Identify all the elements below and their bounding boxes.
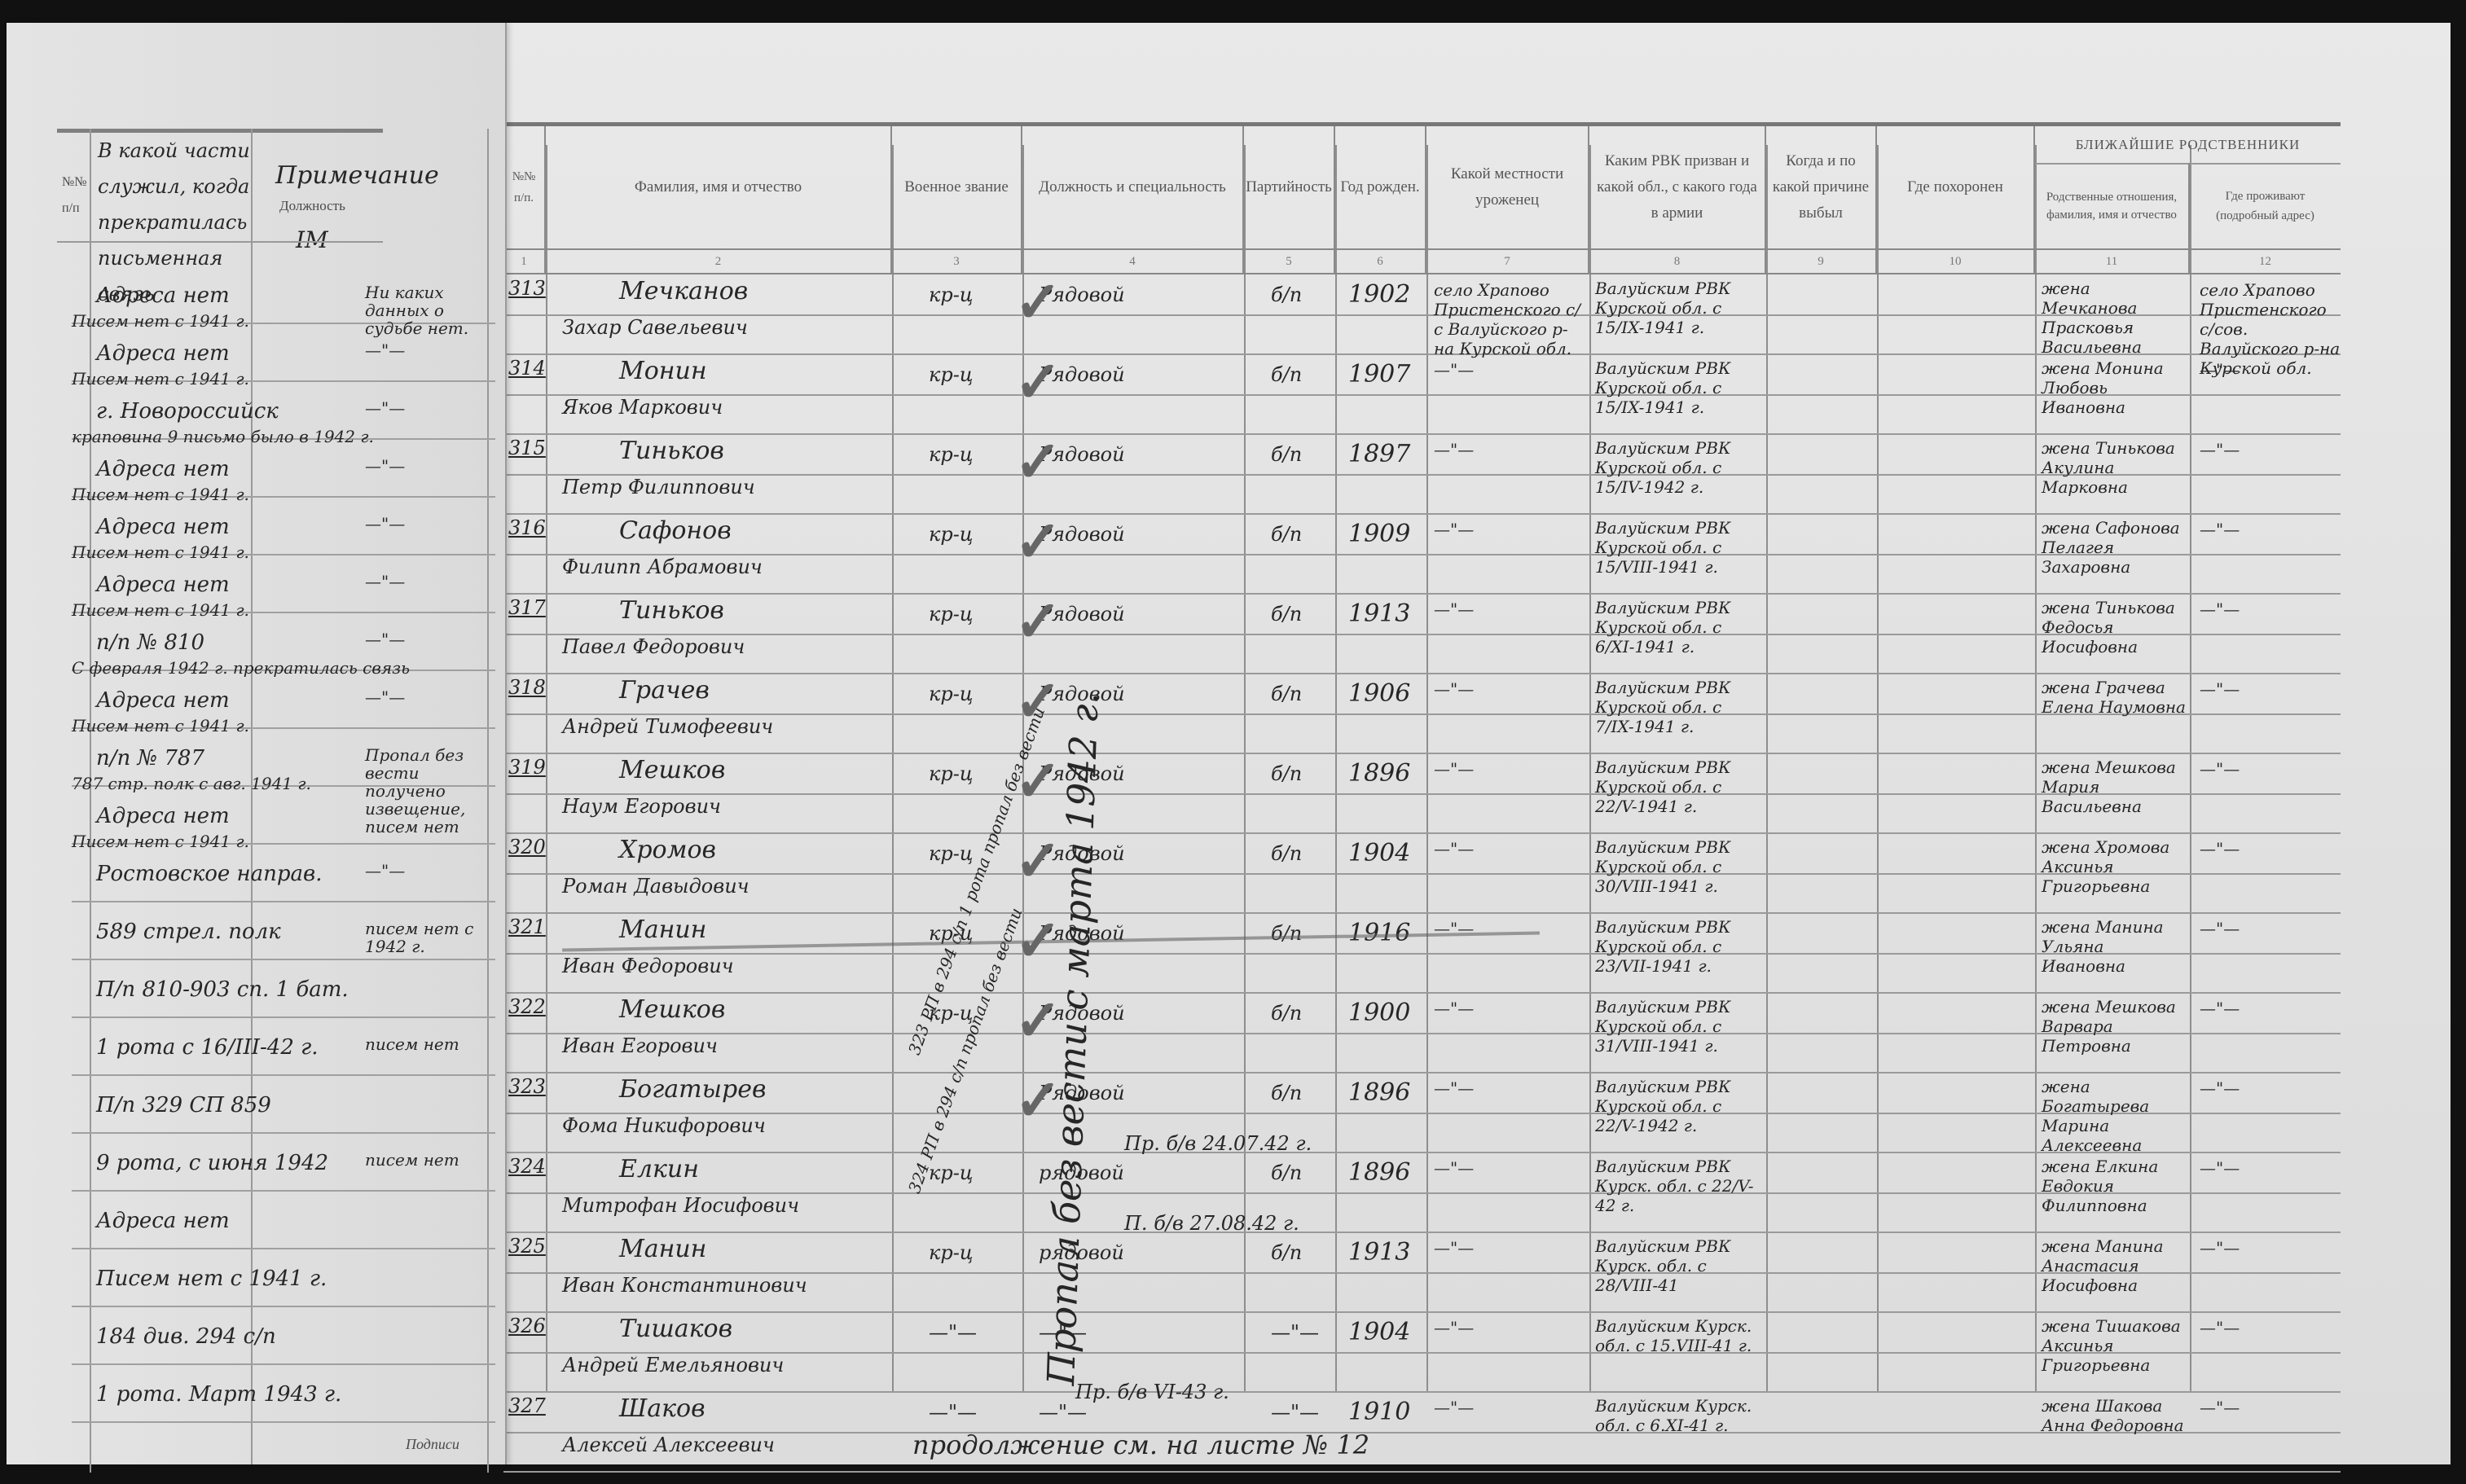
row-rvk: Валуйским РВК Курской обл. с 22/V-1941 г… bbox=[1595, 757, 1758, 816]
row-birth-year: 1900 bbox=[1348, 999, 1410, 1027]
flap-entry-main: 589 стрел. полк bbox=[96, 920, 281, 944]
flap-entry-note: писем нет с 1942 г. bbox=[365, 920, 487, 955]
row-surname: Богатырев bbox=[619, 1075, 766, 1104]
roster-table: №№ п/п. Фамилия, имя и отчество Военное … bbox=[503, 122, 2341, 274]
header-birth-year: Год рожден. bbox=[1335, 126, 1426, 248]
row-birth-year: 1909 bbox=[1348, 520, 1410, 548]
flap-entry-main: П/п 810-903 сп. 1 бат. bbox=[96, 977, 349, 1002]
header-fullname: Фамилия, имя и отчество bbox=[546, 126, 892, 248]
header-buried: Где похоронен bbox=[1877, 126, 2035, 248]
row-relative-address: —"— bbox=[2200, 999, 2342, 1018]
col-num-12: 12 bbox=[2190, 250, 2341, 273]
row-relative-address: —"— bbox=[2200, 679, 2342, 699]
row-relative: жена Шакова Анна Федоровна bbox=[2042, 1396, 2188, 1435]
flap-entry-main: Адреса нет bbox=[96, 804, 230, 828]
flap-entry-sub: С февраля 1942 г. прекратилась связь bbox=[72, 658, 410, 678]
row-party: б/п bbox=[1271, 363, 1302, 386]
row-rank: кр-ц bbox=[929, 1161, 974, 1184]
row-rvk: Валуйским РВК Курской обл. с 22/V-1942 г… bbox=[1595, 1077, 1758, 1135]
row-rvk: Валуйским РВК Курской обл. с 15/IV-1942 … bbox=[1595, 438, 1758, 497]
row-relative: жена Сафонова Пелагея Захаровна bbox=[2042, 518, 2188, 577]
row-rank: кр-ц bbox=[929, 683, 974, 705]
row-surname: Шаков bbox=[619, 1394, 706, 1423]
check-mark-icon: ✓ bbox=[1014, 828, 1062, 895]
check-mark-icon: ✓ bbox=[1014, 269, 1062, 336]
row-rank: кр-ц bbox=[929, 762, 974, 785]
row-given-names: Яков Маркович bbox=[562, 396, 723, 419]
row-given-names: Наум Егорович bbox=[562, 795, 721, 818]
row-rank: кр-ц bbox=[929, 842, 974, 865]
row-number: 320 bbox=[508, 836, 546, 858]
row-number: 318 bbox=[508, 676, 546, 699]
row-given-names: Павел Федорович bbox=[562, 635, 745, 658]
row-surname: Манин bbox=[619, 915, 706, 944]
header-position: Должность и специальность bbox=[1022, 126, 1244, 248]
row-surname: Тишаков bbox=[619, 1315, 732, 1343]
row-rank: —"— bbox=[929, 1321, 977, 1344]
check-mark-icon: ✓ bbox=[1014, 748, 1062, 815]
row-surname: Грачев bbox=[619, 676, 710, 705]
row-origin: —"— bbox=[1434, 679, 1585, 699]
row-origin: —"— bbox=[1434, 1398, 1585, 1417]
row-party: б/п bbox=[1271, 603, 1302, 626]
flap-entry-main: 1 рота с 16/III-42 г. bbox=[96, 1035, 319, 1060]
row-rvk: Валуйским РВК Курск. обл. с 28/VIII-41 bbox=[1595, 1236, 1758, 1295]
continuation-note: продолжение см. на листе № 12 bbox=[912, 1429, 1369, 1460]
flap-entry-sub: Писем нет с 1941 г. bbox=[72, 600, 249, 620]
header-num: №№ п/п. bbox=[503, 126, 546, 248]
row-rank: —"— bbox=[929, 1401, 977, 1424]
row-number: 317 bbox=[508, 596, 546, 619]
check-mark-icon: ✓ bbox=[1014, 508, 1062, 576]
row-surname: Мешков bbox=[619, 756, 725, 784]
flap-entry-main: Адреса нет bbox=[96, 688, 230, 713]
row-birth-year: 1904 bbox=[1348, 1318, 1410, 1346]
row-number: 327 bbox=[508, 1394, 546, 1417]
row-relative-address: —"— bbox=[2200, 1078, 2342, 1098]
flap-entry-main: Адреса нет bbox=[96, 573, 230, 597]
row-surname: Сафонов bbox=[619, 516, 732, 545]
row-birth-year: 1906 bbox=[1348, 679, 1410, 708]
flap-entry-note: Пропал без вести получено извещение, пис… bbox=[365, 746, 487, 836]
row-rvk: Валуйским Курск. обл. с 15.VIII-41 г. bbox=[1595, 1316, 1758, 1355]
check-mark-icon: ✓ bbox=[1014, 349, 1062, 416]
row-number: 314 bbox=[508, 357, 546, 380]
flap-entry-note: —"— bbox=[365, 630, 487, 648]
flap-header-position: Должность bbox=[279, 198, 345, 214]
flap-entry-sub: Писем нет с 1941 г. bbox=[72, 485, 249, 504]
signature-label: Подписи bbox=[406, 1436, 459, 1453]
row-surname: Хромов bbox=[619, 836, 716, 864]
row-given-names: Алексей Алексеевич bbox=[562, 1434, 775, 1456]
row-surname: Мешков bbox=[619, 995, 725, 1024]
flap-entry-sub: краповина 9 письмо было в 1942 г. bbox=[72, 427, 374, 446]
header-relatives-group: БЛИЖАЙШИЕ РОДСТВЕННИКИ bbox=[2035, 126, 2341, 165]
row-origin: —"— bbox=[1434, 599, 1585, 619]
row-relative: жена Тишакова Аксинья Григорьевна bbox=[2042, 1316, 2188, 1375]
check-mark-icon: ✓ bbox=[1014, 428, 1062, 496]
flap-entry-note: —"— bbox=[365, 399, 487, 417]
row-position: —"— bbox=[1039, 1401, 1087, 1424]
row-given-names: Филипп Абрамович bbox=[562, 555, 763, 578]
col-num-3: 3 bbox=[892, 250, 1022, 273]
row-party: б/п bbox=[1271, 922, 1302, 945]
row-rvk: Валуйским РВК Курской обл. с 15/IX-1941 … bbox=[1595, 279, 1758, 337]
col-num-11: 11 bbox=[2035, 250, 2190, 273]
row-relative-address: —"— bbox=[2200, 839, 2342, 858]
row-relative: жена Манина Анастасия Иосифовна bbox=[2042, 1236, 2188, 1295]
row-relative: жена Мешкова Варвара Петровна bbox=[2042, 997, 2188, 1056]
flap-entry-note: —"— bbox=[365, 573, 487, 591]
row-birth-year: 1897 bbox=[1348, 440, 1410, 468]
row-relative-address: —"— bbox=[2200, 520, 2342, 539]
row-given-names: Иван Константинович bbox=[562, 1274, 807, 1297]
row-origin: —"— bbox=[1434, 1318, 1585, 1337]
row-rvk: Валуйским РВК Курской обл. с 30/VIII-194… bbox=[1595, 837, 1758, 896]
col-num-1: 1 bbox=[503, 250, 546, 273]
row-birth-year: 1913 bbox=[1348, 599, 1410, 628]
flap-header-mark: IM bbox=[296, 226, 328, 253]
col-num-8: 8 bbox=[1589, 250, 1766, 273]
col-num-2: 2 bbox=[546, 250, 892, 273]
row-number: 321 bbox=[508, 915, 546, 938]
flap-entry-note: —"— bbox=[365, 457, 487, 475]
row-birth-year: 1913 bbox=[1348, 1238, 1410, 1267]
row-origin: —"— bbox=[1434, 360, 1585, 380]
row-rank: кр-ц bbox=[929, 363, 974, 386]
row-birth-year: 1896 bbox=[1348, 1078, 1410, 1107]
row-birth-year: 1904 bbox=[1348, 839, 1410, 867]
flap-entry-note: —"— bbox=[365, 515, 487, 533]
row-rvk: Валуйским РВК Курской обл. с 31/VIII-194… bbox=[1595, 997, 1758, 1056]
flap-entry-main: Писем нет с 1941 г. bbox=[96, 1267, 327, 1291]
row-given-names: Митрофан Иосифович bbox=[562, 1194, 799, 1217]
row-given-names: Иван Егорович bbox=[562, 1034, 718, 1057]
flap-entry-main: Ростовское направ. bbox=[96, 862, 322, 886]
row-number: 322 bbox=[508, 995, 546, 1018]
row-surname: Елкин bbox=[619, 1155, 699, 1183]
row-party: —"— bbox=[1271, 1321, 1319, 1344]
flap-entry-note: —"— bbox=[365, 341, 487, 359]
row-party: б/п bbox=[1271, 1082, 1302, 1104]
row-number: 313 bbox=[508, 277, 546, 300]
row-surname: Тиньков bbox=[619, 437, 724, 465]
row-rvk: Валуйским РВК Курской обл. с 7/IX-1941 г… bbox=[1595, 678, 1758, 736]
row-given-names: Андрей Емельянович bbox=[562, 1354, 784, 1376]
row-rvk: Валуйским РВК Курской обл. с 23/VII-1941… bbox=[1595, 917, 1758, 976]
row-given-names: Роман Давыдович bbox=[562, 875, 749, 898]
row-birth-year: 1896 bbox=[1348, 1158, 1410, 1187]
flap-entry-note: писем нет bbox=[365, 1035, 487, 1053]
row-number: 326 bbox=[508, 1315, 546, 1337]
flap-entry-main: П/п 329 СП 859 bbox=[96, 1093, 271, 1117]
col-num-10: 10 bbox=[1877, 250, 2035, 273]
bottom-note: Пр. б/в VI-43 г. bbox=[1075, 1381, 1229, 1403]
row-party: б/п bbox=[1271, 842, 1302, 865]
row-party: б/п bbox=[1271, 1002, 1302, 1025]
row-relative-address: —"— bbox=[2200, 360, 2342, 380]
header-rank: Военное звание bbox=[892, 126, 1022, 248]
row-relative-address: —"— bbox=[2200, 440, 2342, 459]
row-rvk: Валуйским РВК Курск. обл. с 22/V-42 г. bbox=[1595, 1157, 1758, 1215]
row-surname: Монин bbox=[619, 357, 707, 385]
row-origin: —"— bbox=[1434, 1238, 1585, 1258]
row-relative-address: —"— bbox=[2200, 919, 2342, 938]
row-relative: жена Богатырева Марина Алексеевна bbox=[2042, 1077, 2188, 1155]
col-num-7: 7 bbox=[1426, 250, 1589, 273]
row-surname: Манин bbox=[619, 1235, 706, 1263]
row-number: 323 bbox=[508, 1075, 546, 1098]
flap-entry-sub: Писем нет с 1941 г. bbox=[72, 311, 249, 331]
row-status-note: П. б/в 27.08.42 г. bbox=[1124, 1212, 1299, 1235]
col-num-5: 5 bbox=[1244, 250, 1335, 273]
col-num-6: 6 bbox=[1335, 250, 1426, 273]
flap-entry-main: г. Новороссийск bbox=[96, 399, 279, 424]
row-origin: —"— bbox=[1434, 1158, 1585, 1178]
row-given-names: Фома Никифорович bbox=[562, 1114, 766, 1137]
row-relative-address: —"— bbox=[2200, 1318, 2342, 1337]
row-number: 319 bbox=[508, 756, 546, 779]
row-relative: жена Тинькова Акулина Марковна bbox=[2042, 438, 2188, 497]
row-rank: кр-ц bbox=[929, 283, 974, 306]
row-surname: Мечканов bbox=[619, 277, 748, 305]
table-header: №№ п/п. Фамилия, имя и отчество Военное … bbox=[503, 122, 2341, 250]
flap-entry-sub: 787 стр. полк с авг. 1941 г. bbox=[72, 774, 311, 793]
flap-entry-sub: Писем нет с 1941 г. bbox=[72, 542, 249, 562]
row-relative: жена Хромова Аксинья Григорьевна bbox=[2042, 837, 2188, 896]
row-number: 324 bbox=[508, 1155, 546, 1178]
row-rvk: Валуйским РВК Курской обл. с 6/XI-1941 г… bbox=[1595, 598, 1758, 656]
check-mark-icon: ✓ bbox=[1014, 668, 1062, 735]
row-number: 315 bbox=[508, 437, 546, 459]
row-relative-address: —"— bbox=[2200, 759, 2342, 779]
flap-entry-main: п/п № 787 bbox=[96, 746, 204, 771]
row-surname: Тиньков bbox=[619, 596, 724, 625]
row-relative-address: —"— bbox=[2200, 1398, 2342, 1417]
flap-entry-main: Адреса нет bbox=[96, 457, 230, 481]
header-rvk: Каким РВК призван и какой обл., с какого… bbox=[1589, 126, 1766, 248]
header-relative-address: Где проживают (подробный адрес) bbox=[2190, 163, 2341, 248]
row-rank: кр-ц bbox=[929, 443, 974, 466]
flap-entry-main: Адреса нет bbox=[96, 1209, 230, 1233]
row-origin: —"— bbox=[1434, 520, 1585, 539]
row-status-note: Пр. б/в 24.07.42 г. bbox=[1124, 1132, 1312, 1155]
flap-entry-main: 1 рота. Март 1943 г. bbox=[96, 1382, 341, 1407]
row-party: б/п bbox=[1271, 283, 1302, 306]
flap-entry-note: —"— bbox=[365, 862, 487, 880]
flap-entry-main: 9 рота, с июня 1942 bbox=[96, 1151, 328, 1175]
header-departure: Когда и по какой причине выбыл bbox=[1766, 126, 1877, 248]
row-origin: —"— bbox=[1434, 999, 1585, 1018]
flap-entry-sub: Писем нет с 1941 г. bbox=[72, 716, 249, 735]
flap-entry-sub: Писем нет с 1941 г. bbox=[72, 369, 249, 389]
row-rvk: Валуйским РВК Курской обл. с 15/VIII-194… bbox=[1595, 518, 1758, 577]
row-party: б/п bbox=[1271, 523, 1302, 546]
row-origin: —"— bbox=[1434, 1078, 1585, 1098]
flap-panel: №№ п/п В какой части служил, когда прекр… bbox=[7, 23, 507, 1464]
row-birth-year: 1896 bbox=[1348, 759, 1410, 788]
row-party: —"— bbox=[1271, 1401, 1319, 1424]
row-party: б/п bbox=[1271, 683, 1302, 705]
row-party: б/п bbox=[1271, 762, 1302, 785]
header-relative-name: Родственные отношения, фамилия, имя и от… bbox=[2035, 163, 2190, 248]
flap-header-note: Примечание bbox=[275, 161, 439, 190]
row-given-names: Андрей Тимофеевич bbox=[562, 715, 773, 738]
row-origin: —"— bbox=[1434, 440, 1585, 459]
flap-entry-note: Ни каких данных о судьбе нет. bbox=[365, 283, 487, 337]
flap-entry-note: писем нет bbox=[365, 1151, 487, 1169]
row-relative: жена Грачева Елена Наумовна bbox=[2042, 678, 2188, 717]
row-relative-address: —"— bbox=[2200, 1158, 2342, 1178]
header-origin: Какой местности уроженец bbox=[1426, 126, 1589, 248]
row-relative-address: —"— bbox=[2200, 1238, 2342, 1258]
row-rank: кр-ц bbox=[929, 523, 974, 546]
row-relative: жена Мешкова Мария Васильевна bbox=[2042, 757, 2188, 816]
row-relative: жена Монина Любовь Ивановна bbox=[2042, 358, 2188, 417]
flap-entry-main: Адреса нет bbox=[96, 283, 230, 308]
row-party: б/п bbox=[1271, 1241, 1302, 1264]
row-given-names: Петр Филиппович bbox=[562, 476, 755, 498]
row-origin: —"— bbox=[1434, 759, 1585, 779]
row-rank: кр-ц bbox=[929, 603, 974, 626]
row-number: 316 bbox=[508, 516, 546, 539]
row-relative: жена Мечканова Прасковья Васильевна bbox=[2042, 279, 2188, 357]
row-relative-address: —"— bbox=[2200, 599, 2342, 619]
row-party: б/п bbox=[1271, 1161, 1302, 1184]
flap-entry-main: Адреса нет bbox=[96, 515, 230, 539]
row-given-names: Захар Савельевич bbox=[562, 316, 748, 339]
row-birth-year: 1902 bbox=[1348, 280, 1410, 309]
flap-entry-sub: Писем нет с 1941 г. bbox=[72, 832, 249, 851]
flap-entry-main: Адреса нет bbox=[96, 341, 230, 366]
header-party: Партийность bbox=[1244, 126, 1335, 248]
row-rvk: Валуйским РВК Курской обл. с 15/IX-1941 … bbox=[1595, 358, 1758, 417]
check-mark-icon: ✓ bbox=[1014, 588, 1062, 656]
row-party: б/п bbox=[1271, 443, 1302, 466]
flap-entry-main: п/п № 810 bbox=[96, 630, 204, 655]
flap-entry-note: —"— bbox=[365, 688, 487, 706]
row-birth-year: 1907 bbox=[1348, 360, 1410, 389]
col-num-9: 9 bbox=[1766, 250, 1877, 273]
column-numbers: 1 2 3 4 5 6 7 8 9 10 11 12 bbox=[503, 250, 2341, 274]
row-number: 325 bbox=[508, 1235, 546, 1258]
row-birth-year: 1910 bbox=[1348, 1398, 1410, 1426]
flap-entry-main: 184 див. 294 с/п bbox=[96, 1324, 276, 1349]
row-relative: жена Манина Ульяна Ивановна bbox=[2042, 917, 2188, 976]
row-origin: —"— bbox=[1434, 839, 1585, 858]
row-rvk: Валуйским Курск. обл. с 6.XI-41 г. bbox=[1595, 1396, 1758, 1435]
row-origin: село Храпово Пристенского с/с Валуйского… bbox=[1434, 280, 1585, 358]
row-given-names: Иван Федорович bbox=[562, 955, 734, 977]
row-relative: жена Тинькова Федосья Иосифовна bbox=[2042, 598, 2188, 656]
row-rank: кр-ц bbox=[929, 1241, 974, 1264]
row-relative: жена Елкина Евдокия Филипповна bbox=[2042, 1157, 2188, 1215]
